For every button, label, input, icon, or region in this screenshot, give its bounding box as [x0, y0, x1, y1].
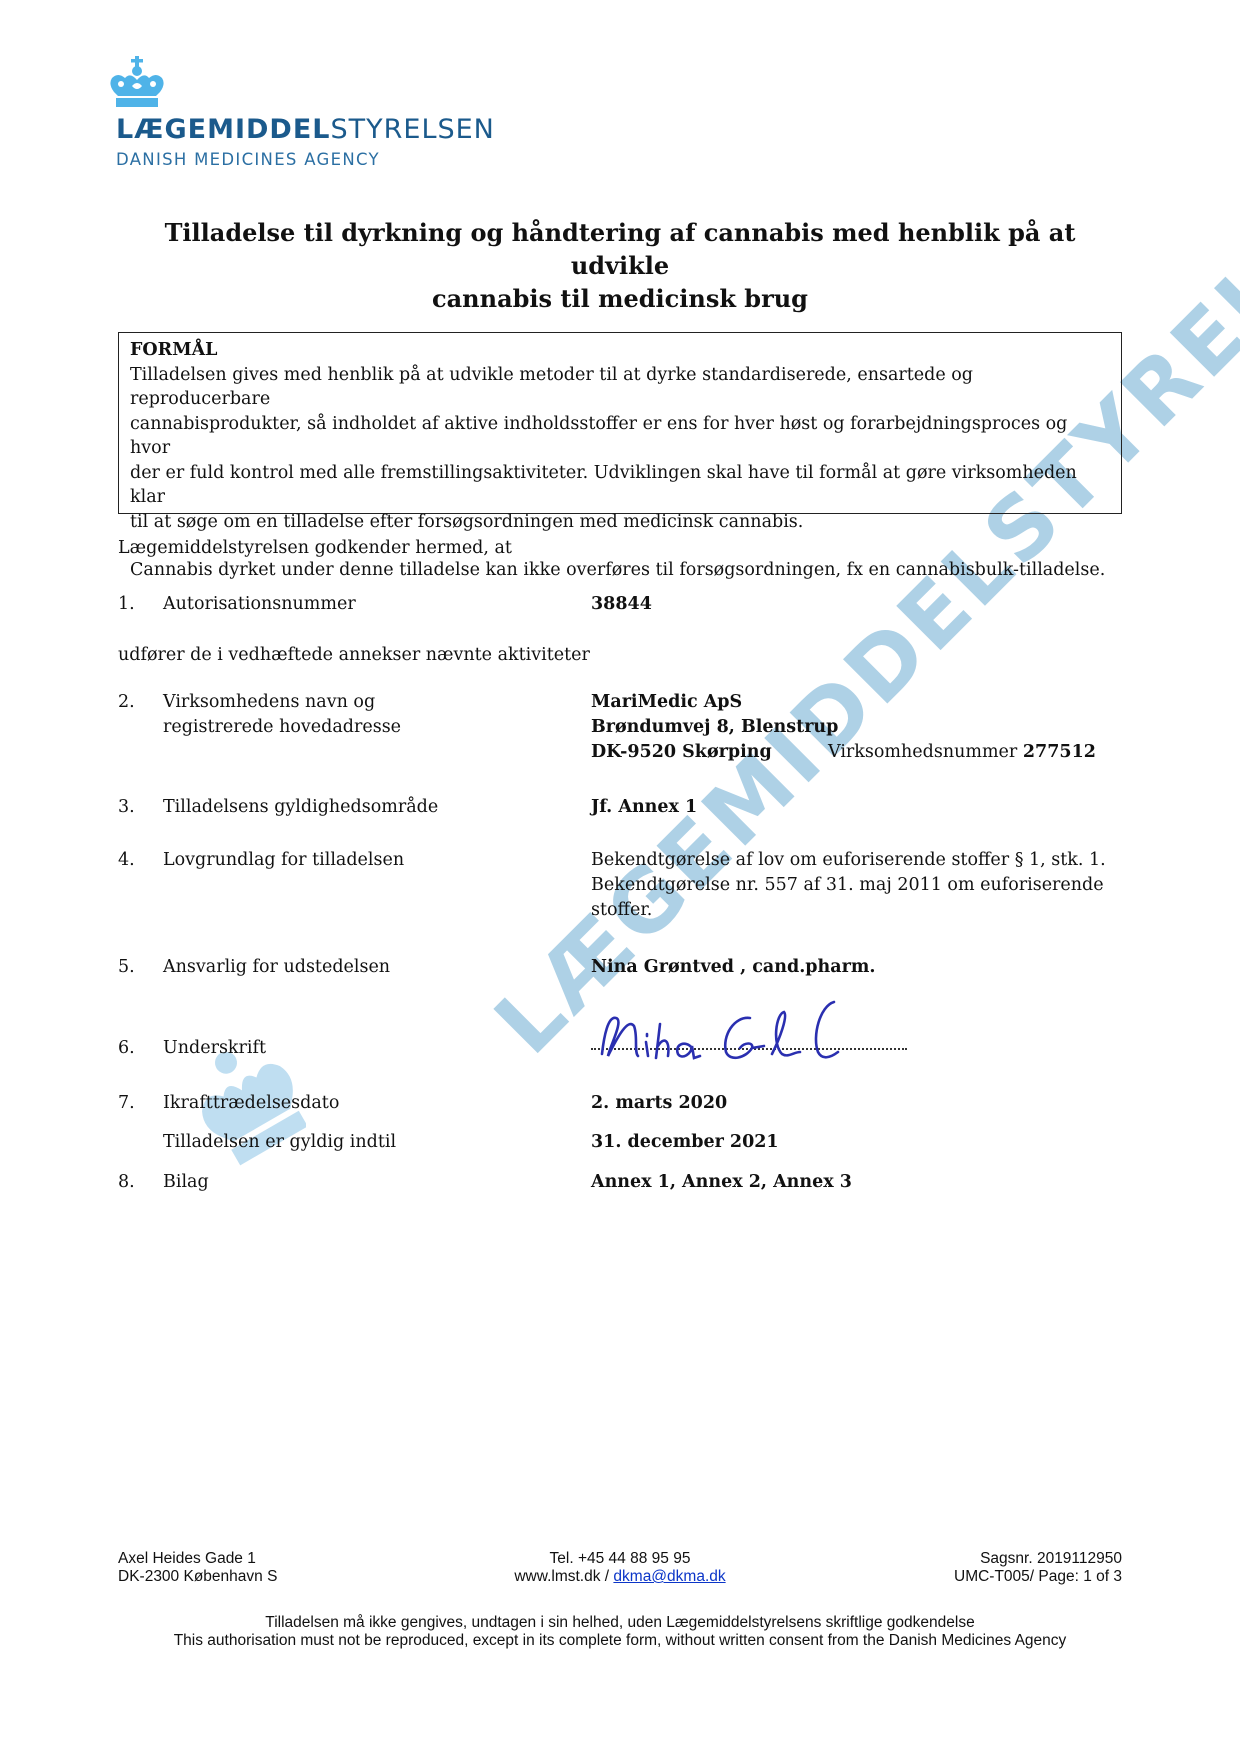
item-value: 31. december 2021: [591, 1130, 1111, 1155]
item-number: 8.: [118, 1170, 135, 1195]
item-value: Annex 1, Annex 2, Annex 3: [591, 1170, 1111, 1195]
item-number: 2.: [118, 690, 135, 715]
item-label: Ikrafttrædelsesdato: [163, 1091, 583, 1116]
company-number: Virksomhedsnummer 277512: [828, 740, 1096, 765]
item-value: MariMedic ApS Brøndumvej 8, Blenstrup DK…: [591, 690, 1111, 765]
item-value: Nina Grøntved , cand.pharm.: [591, 955, 1111, 980]
item-value: Bekendtgørelse af lov om euforiserende s…: [591, 848, 1111, 923]
agency-subtitle: DANISH MEDICINES AGENCY: [116, 150, 380, 169]
item-number: 1.: [118, 592, 135, 617]
item-label: Tilladelsen er gyldig indtil: [163, 1130, 583, 1155]
footer-notice: Tilladelsen må ikke gengives, undtagen i…: [100, 1614, 1140, 1650]
item-value: 2. marts 2020: [591, 1091, 1111, 1116]
item-number: 4.: [118, 848, 135, 873]
item-label: Virksomhedens navn og registrerede hoved…: [163, 690, 583, 740]
footer-contact: Tel. +45 44 88 95 95 www.lmst.dk / dkma@…: [420, 1550, 820, 1586]
item-number: 5.: [118, 955, 135, 980]
item-label: Tilladelsens gyldighedsområde: [163, 795, 583, 820]
item-value: 38844: [591, 592, 1111, 617]
intro-text: Lægemiddelstyrelsen godkender hermed, at: [118, 538, 512, 558]
purpose-note: Cannabis dyrket under denne tilladelse k…: [130, 558, 1111, 583]
item-label: Autorisationsnummer: [163, 592, 583, 617]
item-number: 6.: [118, 1036, 135, 1061]
item-number: 7.: [118, 1091, 135, 1116]
purpose-box: FORMÅL Tilladelsen gives med henblik på …: [118, 332, 1122, 514]
signature-image: [594, 996, 924, 1068]
activities-text: udfører de i vedhæftede annekser nævnte …: [118, 645, 590, 665]
purpose-paragraph: Tilladelsen gives med henblik på at udvi…: [130, 363, 1111, 535]
item-number: 3.: [118, 795, 135, 820]
item-label: Bilag: [163, 1170, 583, 1195]
item-label: Ansvarlig for udstedelsen: [163, 955, 583, 980]
purpose-heading: FORMÅL: [130, 338, 1111, 363]
item-label: Underskrift: [163, 1036, 583, 1061]
email-link[interactable]: dkma@dkma.dk: [613, 1568, 725, 1585]
item-value: Jf. Annex 1: [591, 795, 1111, 820]
footer-case-info: Sagsnr. 2019112950 UMC-T005/ Page: 1 of …: [820, 1550, 1122, 1586]
footer-address: Axel Heides Gade 1 DK-2300 København S: [118, 1550, 277, 1586]
crown-icon: [108, 56, 166, 108]
item-label: Lovgrundlag for tilladelsen: [163, 848, 583, 873]
document-title: Tilladelse til dyrkning og håndtering af…: [120, 216, 1120, 315]
agency-name: LÆGEMIDDELSTYRELSEN: [116, 114, 495, 145]
